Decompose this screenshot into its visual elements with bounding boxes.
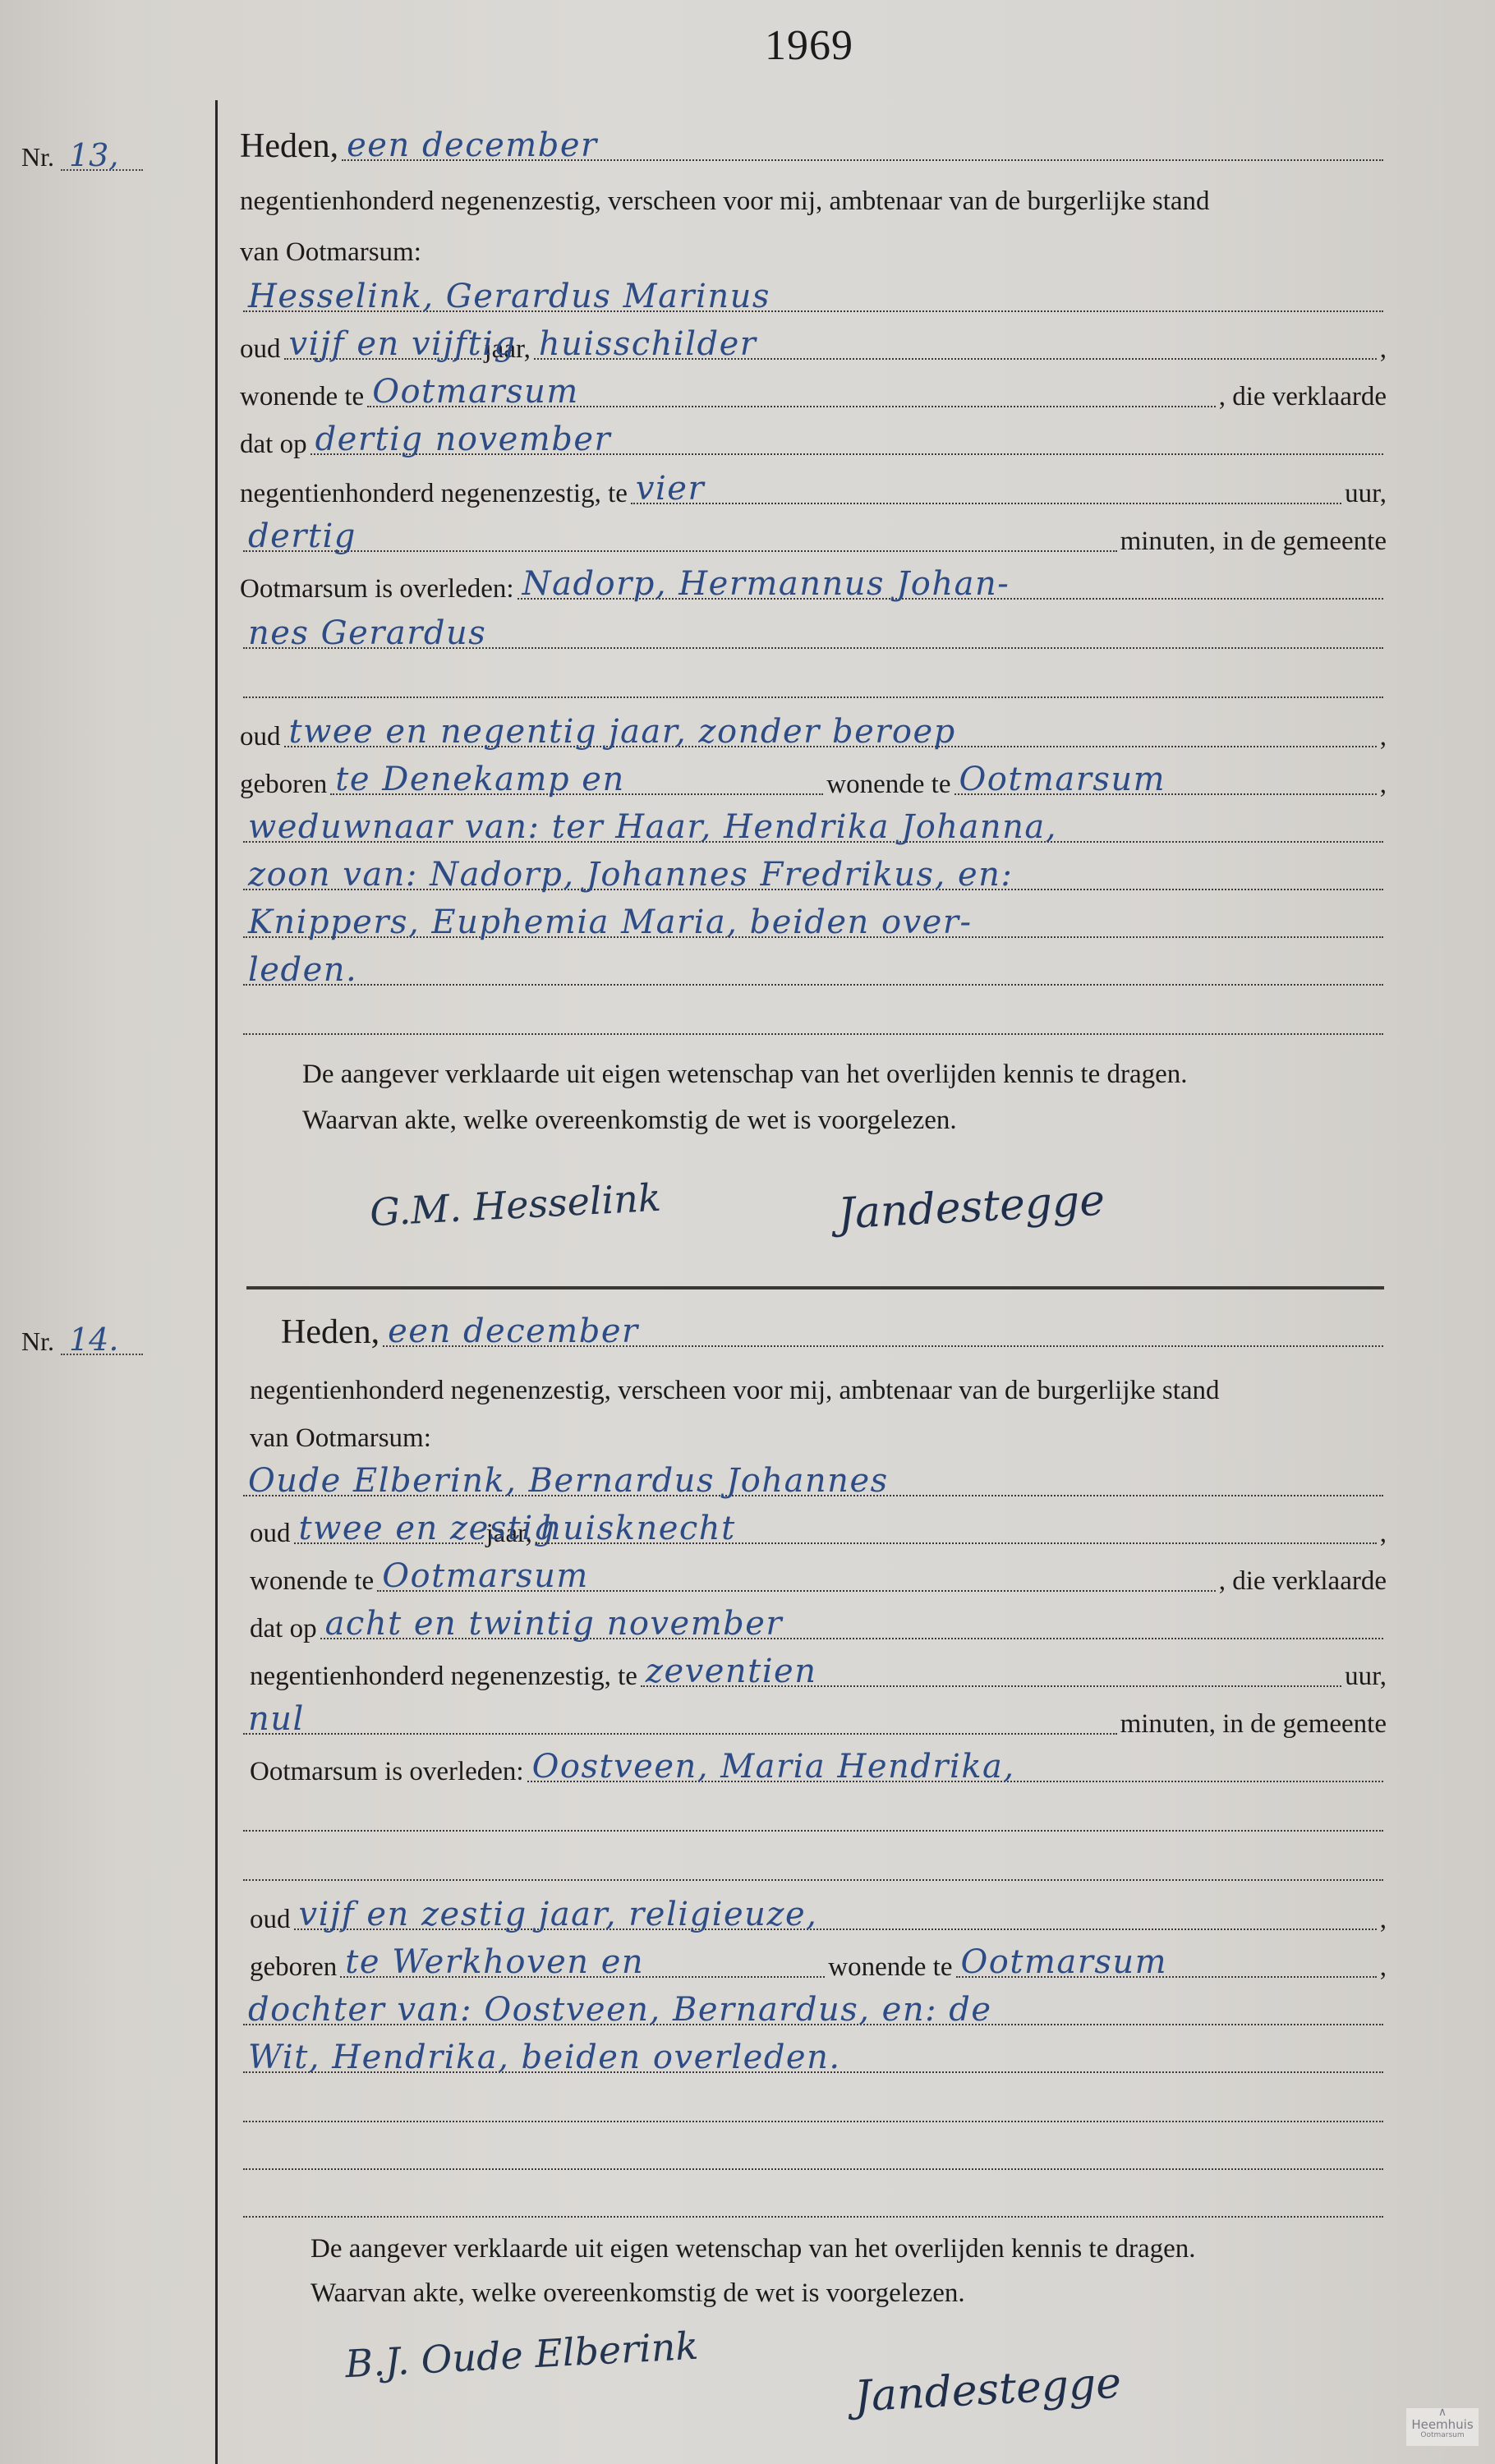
line-relation-5 (240, 2186, 1387, 2226)
line-verscheen: negentienhonderd negenenzestig, verschee… (240, 181, 1387, 220)
record-separator (246, 1286, 1384, 1289)
die-verklaarde-label: , die verklaarde (1219, 382, 1387, 416)
declarant-occupation: huisschilder (539, 325, 757, 363)
heden-label: Heden, (240, 126, 338, 169)
line-relation-5 (240, 1004, 1387, 1043)
line-residence: wonende te Ootmarsum , die verklaarde (240, 376, 1387, 416)
van-gemeente-text: van Ootmarsum: (240, 237, 421, 271)
negentien-te-label: negentienhonderd negenenzestig, te (240, 1662, 637, 1695)
record-number-value: 13, (61, 141, 143, 171)
aangever-statement: De aangever verklaarde uit eigen wetensc… (310, 2234, 1196, 2264)
comma: , (1380, 1519, 1387, 1552)
negentien-te-label: negentienhonderd negenenzestig, te (240, 479, 628, 513)
nr-label: Nr. (21, 1326, 54, 1356)
birthplace: te Denekamp en (335, 761, 624, 798)
line-age: oud twee en zestig jaar, huisknecht , (240, 1513, 1387, 1552)
line-minutes: nul minuten, in de gemeente (240, 1703, 1387, 1743)
line-hour: negentienhonderd negenenzestig, te vier … (240, 473, 1387, 513)
death-minutes: nul (248, 1700, 305, 1738)
waarvan-statement: Waarvan akte, welke overeenkomstig de we… (310, 2278, 965, 2309)
line-deceased-age: oud twee en negentig jaar, zonder beroep… (240, 716, 1387, 756)
verscheen-text: negentienhonderd negenenzestig, verschee… (240, 1376, 1220, 1409)
dat-op-label: dat op (240, 1614, 317, 1648)
wonende-label: wonende te (828, 1952, 952, 1986)
relation-3: Knippers, Euphemia Maria, beiden over- (248, 903, 973, 941)
line-verscheen: negentienhonderd negenenzestig, verschee… (240, 1370, 1387, 1409)
date-value: een december (388, 1312, 639, 1350)
line-declarant: Oude Elberink, Bernardus Johannes (240, 1465, 1387, 1505)
deceased-name-1: Nadorp, Hermannus Johan- (522, 565, 1010, 603)
aangever-statement: De aangever verklaarde uit eigen wetensc… (302, 1060, 1188, 1090)
line-deceased-2 (240, 1800, 1387, 1840)
relation-1: dochter van: Oostveen, Bernardus, en: de (248, 1991, 992, 2029)
relation-2: Wit, Hendrika, beiden overleden. (248, 2039, 841, 2076)
declarant-residence: Ootmarsum (382, 1557, 589, 1595)
dat-op-label: dat op (240, 430, 307, 463)
waarvan-statement: Waarvan akte, welke overeenkomstig de we… (302, 1106, 957, 1136)
death-minutes: dertig (248, 517, 356, 555)
deceased-age-occupation: vijf en zestig jaar, religieuze, (299, 1896, 818, 1933)
declarant-age: vijf en vijftig (289, 325, 517, 363)
wonende-label: wonende te (240, 382, 364, 416)
comma: , (1380, 334, 1387, 368)
birthplace: te Werkhoven en (345, 1943, 644, 1981)
heden-label: Heden, (240, 1312, 379, 1355)
line-death-date: dat op dertig november (240, 424, 1387, 463)
relation-2: zoon van: Nadorp, Johannes Fredrikus, en… (248, 856, 1013, 894)
declarant-name: Hesselink, Gerardus Marinus (248, 278, 770, 315)
line-relation-1: dochter van: Oostveen, Bernardus, en: de (240, 1994, 1387, 2034)
uur-label: uur, (1345, 479, 1387, 513)
deceased-residence: Ootmarsum (959, 761, 1166, 798)
geboren-label: geboren (240, 770, 327, 803)
declarant-age: twee en zestig (299, 1510, 556, 1547)
deceased-age-occupation: twee en negentig jaar, zonder beroep (289, 713, 956, 751)
line-deceased-2: nes Gerardus (240, 618, 1387, 657)
date-value: een december (347, 126, 598, 164)
relation-4: leden. (248, 951, 357, 989)
line-hour: negentienhonderd negenenzestig, te zeven… (240, 1656, 1387, 1695)
official-signature: Jandestegge (853, 2359, 1123, 2422)
line-deceased: Ootmarsum is overleden: Oostveen, Maria … (240, 1751, 1387, 1791)
line-born: geboren te Denekamp en wonende te Ootmar… (240, 764, 1387, 803)
oud-label: oud (240, 334, 281, 368)
comma: , (1380, 770, 1387, 803)
verscheen-text: negentienhonderd negenenzestig, verschee… (240, 186, 1210, 220)
record-number: Nr. 14. (21, 1326, 143, 1357)
nr-label: Nr. (21, 142, 54, 172)
line-date: Heden, een december (240, 1316, 1387, 1355)
page-year: 1969 (0, 21, 1495, 70)
watermark-name: Heemhuis (1406, 2418, 1479, 2431)
overleden-label: Ootmarsum is overleden: (240, 1757, 524, 1791)
line-deceased: Ootmarsum is overleden: Nadorp, Hermannu… (240, 568, 1387, 608)
declarant-signature: B.J. Oude Elberink (344, 2324, 700, 2386)
minuten-label: minuten, in de gemeente (1120, 1709, 1387, 1743)
watermark-place: Ootmarsum (1406, 2431, 1479, 2440)
line-relation-2: Wit, Hendrika, beiden overleden. (240, 2042, 1387, 2081)
line-death-date: dat op acht en twintig november (240, 1608, 1387, 1648)
line-relation-3 (240, 2091, 1387, 2131)
minuten-label: minuten, in de gemeente (1120, 526, 1387, 560)
margin-rule (215, 100, 218, 2464)
line-relation-4: leden. (240, 954, 1387, 994)
line-residence: wonende te Ootmarsum , die verklaarde (240, 1561, 1387, 1600)
declarant-occupation: huisknecht (540, 1510, 736, 1547)
line-declarant: Hesselink, Gerardus Marinus (240, 281, 1387, 320)
line-born: geboren te Werkhoven en wonende te Ootma… (240, 1947, 1387, 1986)
line-deceased-age: oud vijf en zestig jaar, religieuze, , (240, 1899, 1387, 1938)
death-hour: vier (636, 470, 705, 508)
declarant-signature: G.M. Hesselink (369, 1175, 662, 1234)
uur-label: uur, (1345, 1662, 1387, 1695)
line-relation-2: zoon van: Nadorp, Johannes Fredrikus, en… (240, 859, 1387, 899)
line-van: van Ootmarsum: (240, 1418, 1387, 1457)
comma: , (1380, 1905, 1387, 1938)
death-date: acht en twintig november (325, 1605, 783, 1643)
death-date: dertig november (315, 421, 612, 458)
deceased-name-1: Oostveen, Maria Hendrika, (532, 1748, 1015, 1786)
relation-1: weduwnaar van: ter Haar, Hendrika Johann… (248, 808, 1057, 846)
line-minutes: dertig minuten, in de gemeente (240, 521, 1387, 560)
oud-label: oud (240, 1905, 291, 1938)
comma: , (1380, 1952, 1387, 1986)
line-age: oud vijf en vijftig jaar, huisschilder , (240, 329, 1387, 368)
heemhuis-watermark: ∧ Heemhuis Ootmarsum (1406, 2408, 1479, 2446)
overleden-label: Ootmarsum is overleden: (240, 574, 514, 608)
deceased-residence: Ootmarsum (961, 1943, 1168, 1981)
declarant-residence: Ootmarsum (372, 373, 579, 411)
death-hour: zeventien (646, 1653, 817, 1690)
line-relation-4 (240, 2139, 1387, 2178)
line-relation-1: weduwnaar van: ter Haar, Hendrika Johann… (240, 811, 1387, 851)
deceased-name-2: nes Gerardus (248, 614, 486, 652)
oud-label: oud (240, 722, 281, 756)
wonende-label: wonende te (826, 770, 950, 803)
line-date: Heden, een december (240, 130, 1387, 169)
official-signature: Jandestegge (837, 1176, 1106, 1239)
geboren-label: geboren (240, 1952, 337, 1986)
record-number: Nr. 13, (21, 141, 143, 172)
line-van: van Ootmarsum: (240, 232, 1387, 271)
line-deceased-3 (240, 667, 1387, 706)
oud-label: oud (240, 1519, 291, 1552)
die-verklaarde-label: , die verklaarde (1219, 1566, 1387, 1600)
declarant-name: Oude Elberink, Bernardus Johannes (248, 1462, 889, 1500)
line-deceased-3 (240, 1850, 1387, 1889)
wonende-label: wonende te (240, 1566, 374, 1600)
line-relation-3: Knippers, Euphemia Maria, beiden over- (240, 907, 1387, 946)
van-gemeente-text: van Ootmarsum: (240, 1423, 431, 1457)
record-number-value: 14. (61, 1326, 143, 1355)
comma: , (1380, 722, 1387, 756)
